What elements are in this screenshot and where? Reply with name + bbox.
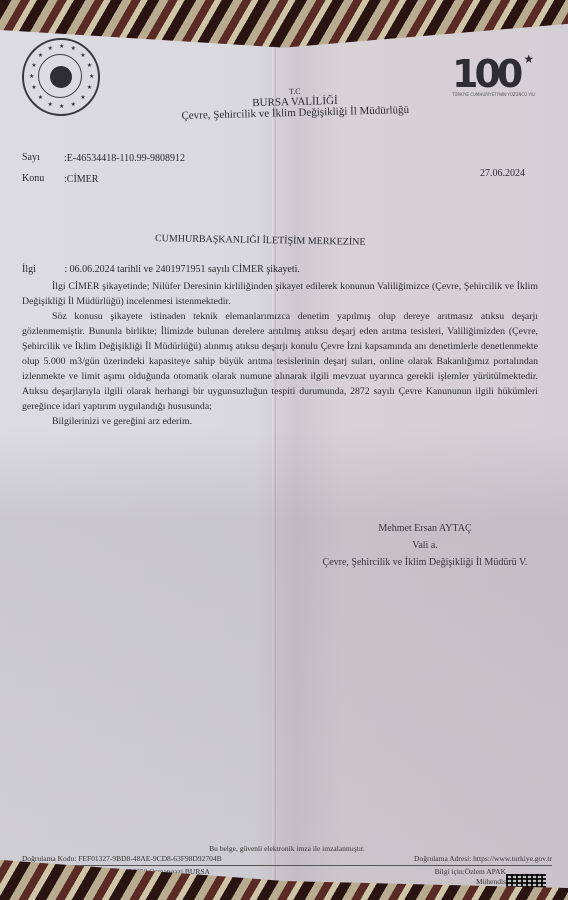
signatory-title-2: Çevre, Şehircilik ve İklim Değişikliği İ… — [285, 554, 565, 571]
verification-code: Doğrulama Kodu: FEF01327-9BD8-48AE-9CD8-… — [22, 854, 222, 864]
seal-emblem-icon — [50, 66, 72, 88]
document-page: ★★★★★★★★★★★★★★★★ 100★ TÜRKİYE CUMHURİYET… — [0, 8, 568, 888]
sayi-label: Sayı — [22, 152, 40, 163]
addressee-title: CUMHURBAŞKANLIĞI İLETİŞİM MERKEZİNE — [155, 233, 366, 248]
signature-block: Mehmet Ersan AYTAÇ Vali a. Çevre, Şehirc… — [285, 520, 565, 571]
signatory-title-1: Vali a. — [285, 537, 565, 554]
paper-fold — [272, 8, 276, 888]
body-paragraph: Söz konusu şikayete istinaden teknik ele… — [22, 309, 538, 414]
ministry-seal-logo: ★★★★★★★★★★★★★★★★ — [22, 38, 100, 116]
centennial-100-logo: 100★ TÜRKİYE CUMHURİYETİ'NİN YÜZÜNCÜ YIL… — [452, 52, 535, 97]
info-role: Mühendis — [476, 877, 506, 887]
reference-line: İlgi : 06.06.2024 tarihli ve 2401971951 … — [22, 264, 300, 275]
document-date: 27.06.2024 — [480, 168, 525, 179]
lower-shadow — [0, 428, 568, 898]
letter-body: İlgi CİMER şikayetinde; Nilüfer Deresini… — [22, 279, 538, 429]
reference-value: : 06.06.2024 tarihli ve 2401971951 sayıl… — [64, 264, 300, 275]
konu-value: :CİMER — [64, 174, 98, 185]
letterhead: T.C BURSA VALİLİĞİ Çevre, Şehircilik ve … — [150, 82, 441, 123]
esign-note: Bu belge, güvenli elektronik imza ile im… — [22, 844, 552, 854]
signatory-name: Mehmet Ersan AYTAÇ — [285, 520, 565, 537]
verification-row: Doğrulama Kodu: FEF01327-9BD8-48AE-9CD8-… — [22, 854, 552, 864]
verification-address[interactable]: Doğrulama Adresi: https://www.turkiye.go… — [414, 854, 552, 864]
info-person: Bilgi için:Özlem APAK — [435, 867, 506, 877]
footer-divider — [22, 865, 552, 866]
logo-caption: TÜRKİYE CUMHURİYETİ'NİN YÜZÜNCÜ YILI — [452, 92, 535, 97]
konu-label: Konu — [22, 173, 44, 184]
body-paragraph: Bilgilerinizi ve gereğini arz ederim. — [22, 414, 538, 429]
logo-100-text: 100 — [452, 52, 519, 96]
body-paragraph: İlgi CİMER şikayetinde; Nilüfer Deresini… — [22, 279, 538, 309]
crescent-star-icon: ★ — [523, 52, 534, 66]
sayi-value: :E-46534418-110.99-9808912 — [64, 153, 185, 164]
reference-label: İlgi — [22, 264, 36, 275]
